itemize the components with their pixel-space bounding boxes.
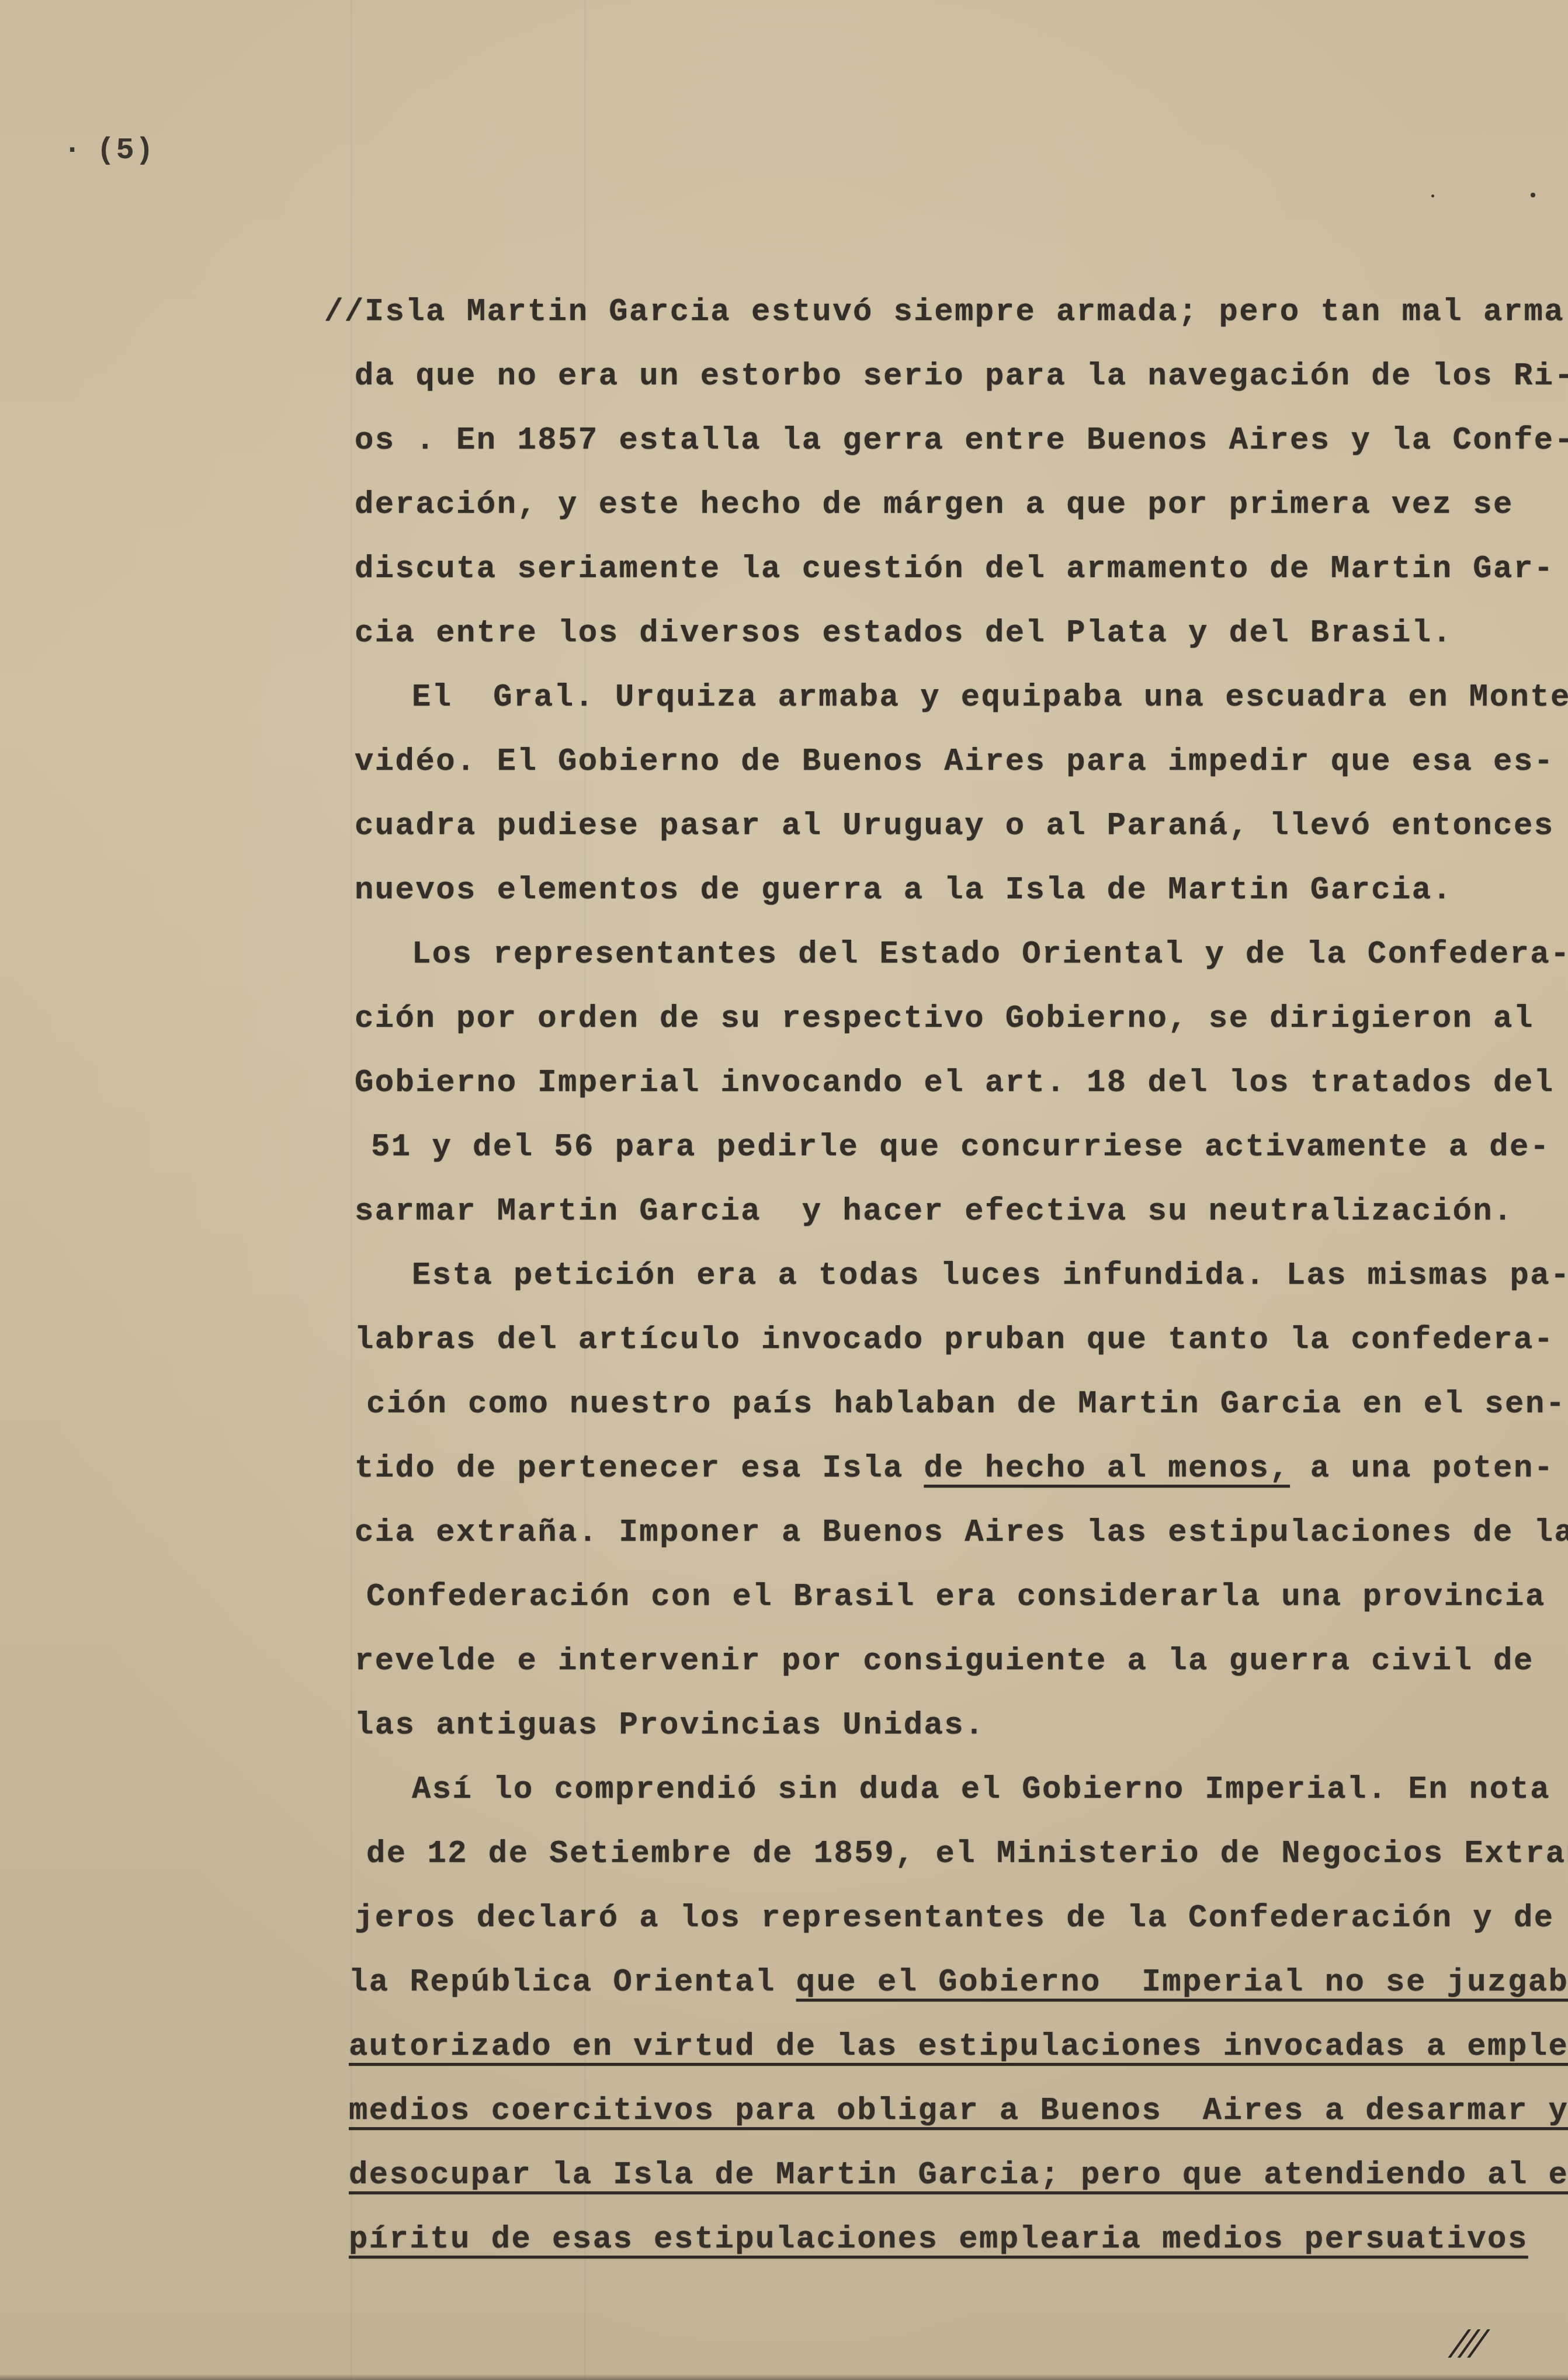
text-line: jeros declaró a los representantes de la… (355, 1898, 1555, 1939)
text-line: Esta petición era a todas luces infundid… (412, 1256, 1568, 1297)
page-number: ·(5) (63, 133, 155, 168)
paper-speck (1531, 193, 1535, 197)
text-line: discuta seriamente la cuestión del armam… (355, 549, 1555, 590)
text-line: cuadra pudiese pasar al Uruguay o al Par… (355, 806, 1555, 847)
underlined-text: píritu de esas estipulaciones emplearia … (349, 2222, 1528, 2257)
text-line: labras del artículo invocado pruban que … (355, 1320, 1555, 1361)
underlined-text: medios coercitivos para obligar a Buenos… (349, 2093, 1568, 2129)
paper-speck (1431, 194, 1434, 197)
text-line: ción por orden de su respectivo Gobierno… (355, 999, 1534, 1040)
text-line: El Gral. Urquiza armaba y equipaba una e… (412, 677, 1568, 718)
paper-fold-line (351, 0, 352, 2380)
text-line: las antiguas Provincias Unidas. (355, 1705, 985, 1746)
text-line: píritu de esas estipulaciones emplearia … (349, 2219, 1528, 2260)
text-line: Así lo comprendió sin duda el Gobierno I… (412, 1770, 1550, 1811)
text-line: tido de pertenecer esa Isla de hecho al … (355, 1448, 1555, 1489)
text-line: da que no era un estorbo serio para la n… (355, 356, 1568, 397)
text-line: 51 y del 56 para pedirle que concurriese… (371, 1127, 1550, 1168)
text-line: nuevos elementos de guerra a la Isla de … (355, 870, 1452, 911)
underlined-text: que el Gobierno Imperial no se juzgaba (796, 1965, 1568, 2000)
text-line: Confederación con el Brasil era consider… (366, 1577, 1546, 1618)
page-number-prefix: · (63, 133, 82, 168)
text-line: desocupar la Isla de Martin Garcia; pero… (349, 2155, 1568, 2196)
text-line: os . En 1857 estalla la gerra entre Buen… (355, 421, 1568, 461)
underlined-text: de hecho al menos, (924, 1451, 1291, 1486)
paper-bottom-edge (0, 2374, 1568, 2380)
text-line: cia entre los diversos estados del Plata… (355, 613, 1452, 654)
underlined-text: desocupar la Isla de Martin Garcia; pero… (349, 2157, 1568, 2193)
text-line: medios coercitivos para obligar a Buenos… (349, 2091, 1568, 2132)
text-line: autorizado en virtud de las estipulacion… (349, 2027, 1568, 2068)
text-line: de 12 de Setiembre de 1859, el Ministeri… (366, 1834, 1568, 1875)
page-number-value: (5) (96, 133, 155, 168)
text-line: Gobierno Imperial invocando el art. 18 d… (355, 1063, 1555, 1104)
text-line: sarmar Martin Garcia y hacer efectiva su… (355, 1191, 1514, 1232)
text-line: deración, y este hecho de márgen a que p… (355, 485, 1514, 526)
text-line: //Isla Martin Garcia estuvó siempre arma… (324, 292, 1568, 333)
underlined-text: autorizado en virtud de las estipulacion… (349, 2029, 1568, 2065)
text-line: vidéo. El Gobierno de Buenos Aires para … (355, 742, 1555, 783)
text-line: revelde e intervenir por consiguiente a … (355, 1641, 1534, 1682)
text-line: la República Oriental que el Gobierno Im… (349, 1962, 1568, 2003)
text-line: Los representantes del Estado Oriental y… (412, 934, 1568, 975)
text-line: cia extraña. Imponer a Buenos Aires las … (355, 1513, 1568, 1554)
text-line: ción como nuestro país hablaban de Marti… (366, 1384, 1566, 1425)
